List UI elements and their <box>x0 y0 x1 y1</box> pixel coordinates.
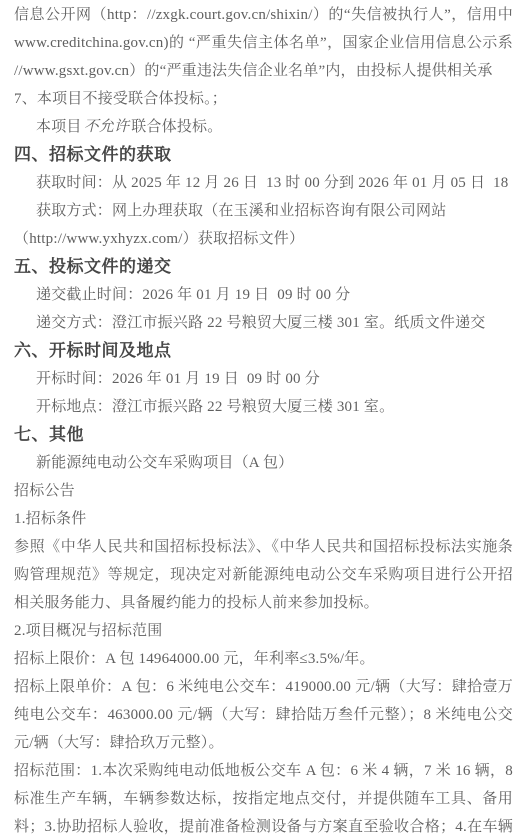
text-line: 招标范围：1.本次采购纯电动低地板公交车 A 包：6 米 4 辆，7 米 16 … <box>14 757 513 785</box>
text-line: 开标时间：2026 年 01 月 19 日 09 时 00 分 <box>14 365 513 393</box>
document-body: 信息公开网（http：//zxgk.court.gov.cn/shixin/）的… <box>14 1 513 839</box>
text-line: 递交截止时间：2026 年 01 月 19 日 09 时 00 分 <box>14 281 513 309</box>
text-line: 递交方式：澄江市振兴路 22 号粮贸大厦三楼 301 室。纸质文件递交 <box>14 309 513 337</box>
text-line: 开标地点：澄江市振兴路 22 号粮贸大厦三楼 301 室。 <box>14 393 513 421</box>
section-heading: 五、投标文件的递交 <box>14 253 513 281</box>
text-line: 新能源纯电动公交车采购项目（A 包） <box>14 449 513 477</box>
text-line: 参照《中华人民共和国招标投标法》、《中华人民共和国招标投标法实施条例》、《国有企… <box>14 533 513 561</box>
text-line: 购管理规范》等规定，现决定对新能源纯电动公交车采购项目进行公开招标。竭诚欢迎具有 <box>14 561 513 589</box>
document-page: 信息公开网（http：//zxgk.court.gov.cn/shixin/）的… <box>0 0 526 839</box>
text-line: //www.gsxt.gov.cn）的“严重违法失信企业名单”内，由投标人提供相… <box>14 57 513 85</box>
text-line: 相关服务能力、具备履约能力的投标人前来参加投标。 <box>14 589 513 617</box>
text-segment: 本项目 <box>36 119 82 135</box>
section-heading: 四、招标文件的获取 <box>14 141 513 169</box>
text-line: 7、本项目不接受联合体投标。； <box>14 85 513 113</box>
text-line: 获取时间：从 2025 年 12 月 26 日 13 时 00 分到 2026 … <box>14 169 513 197</box>
text-line: 招标上限单价：A 包：6 米纯电公交车：419000.00 元/辆（大写：肆拾壹… <box>14 673 513 701</box>
text-line: 信息公开网（http：//zxgk.court.gov.cn/shixin/）的… <box>14 1 513 29</box>
text-line: 招标上限价：A 包 14964000.00 元，年利率≤3.5%/年。 <box>14 645 513 673</box>
emphasis-text: 不允许 <box>82 119 132 135</box>
section-heading: 六、开标时间及地点 <box>14 337 513 365</box>
text-line: 标准生产车辆，车辆参数达标，按指定地点交付，并提供随车工具、备用件、技术与培训材 <box>14 785 513 813</box>
text-line: 纯电公交车：463000.00 元/辆（大写：肆拾陆万叁仟元整）；8 米纯电公交… <box>14 701 513 729</box>
text-line: 元/辆（大写：肆拾玖万元整）。 <box>14 729 513 757</box>
text-line: www.creditchina.gov.cn)的 “严重失信主体名单”，国家企业… <box>14 29 513 57</box>
text-line: （http://www.yxhyzx.com/）获取招标文件） <box>14 225 513 253</box>
text-line: 招标公告 <box>14 477 513 505</box>
text-line: 本项目不允许联合体投标。 <box>14 113 513 141</box>
text-line: 1.招标条件 <box>14 505 513 533</box>
section-heading: 七、其他 <box>14 421 513 449</box>
text-line: 获取方式：网上办理获取（在玉溪和业招标咨询有限公司网站 <box>14 197 513 225</box>
text-line: 2.项目概况与招标范围 <box>14 617 513 645</box>
text-line: 料；3.协助招标人验收，提前准备检测设备与方案直至验收合格；4.在车辆交付且验收… <box>14 813 513 839</box>
text-segment: 联合体投标。 <box>131 119 222 135</box>
